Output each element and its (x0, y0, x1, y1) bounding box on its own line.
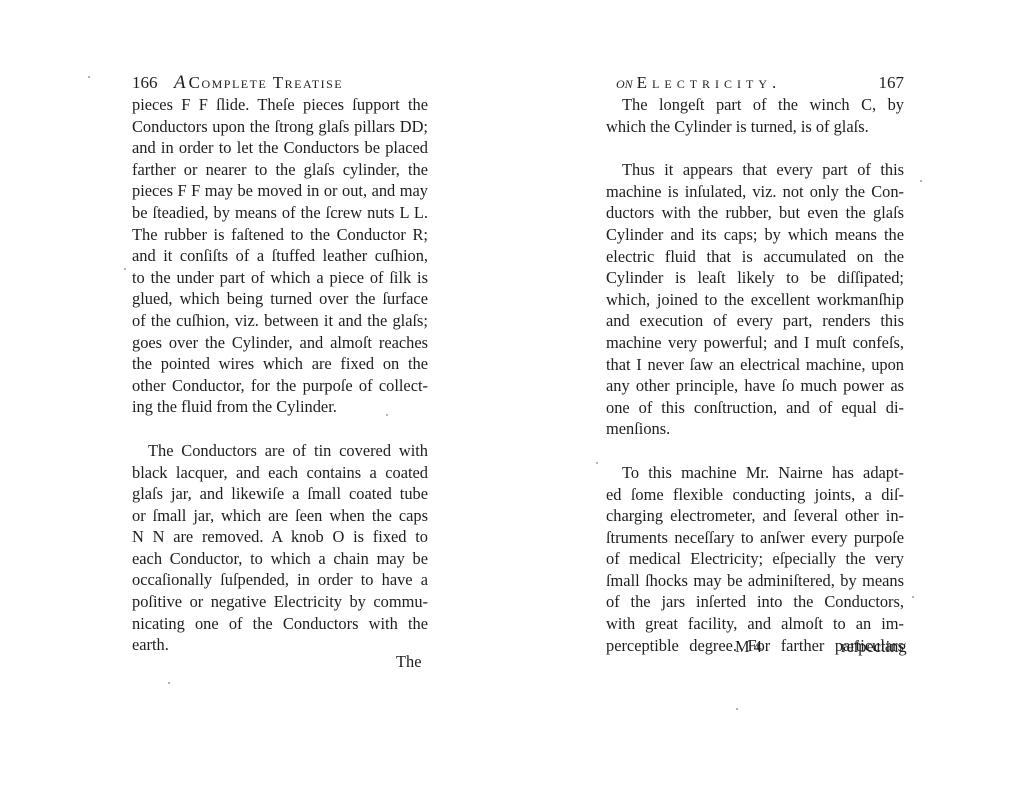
text-line: pieces F F ſlide. Theſe pieces ſupport t… (132, 94, 428, 116)
text-line: be ſteadied, by means of the ſcrew nuts … (132, 202, 428, 224)
text-line: which the Cylinder is turned, is of glaſ… (606, 116, 904, 138)
running-title-prefix: A (174, 72, 187, 93)
text-line: any other principle, have ſo much power … (606, 375, 904, 397)
page-number: 166 (132, 72, 158, 94)
text-line: the pointed wires which are fixed on the (132, 353, 428, 375)
text-line: poſitive or negative Electricity by comm… (132, 591, 428, 613)
text-line: to the under part of which a piece of ſi… (132, 267, 428, 289)
text-line: ductors with the rubber, but even the gl… (606, 202, 904, 224)
text-line: and in order to let the Conductors be pl… (132, 137, 428, 159)
paragraph: Thus it appears that every part of this … (606, 159, 904, 440)
text-line: and execution of every part, renders thi… (606, 310, 904, 332)
text-line: pieces F F may be moved in or out, and m… (132, 180, 428, 202)
book-spread: 166 AComplete Treatise pieces F F ſlide.… (0, 0, 1024, 791)
text-line: ed ſome flexible conducting joints, a di… (606, 484, 904, 506)
text-line: one of this conſtruction, and of equal d… (606, 397, 904, 419)
text-line: occaſionally ſuſpended, in order to have… (132, 569, 428, 591)
scan-speck (168, 682, 170, 684)
text-line: which, joined to the excellent workmanſh… (606, 289, 904, 311)
text-line: earth. (132, 634, 428, 656)
left-page: 166 AComplete Treatise pieces F F ſlide.… (132, 72, 428, 656)
text-line: nicating one of the Conductors with the (132, 613, 428, 635)
text-line: menſions. (606, 418, 904, 440)
scan-speck (596, 462, 598, 464)
right-page: onElectricity. 167 The longeſt part of t… (606, 72, 904, 656)
text-line: ſmall ſhocks may be adminiſtered, by mea… (606, 570, 904, 592)
text-line: of the cuſhion, viz. between it and the … (132, 310, 428, 332)
text-line: The Conductors are of tin covered with (132, 440, 428, 462)
paragraph: To this machine Mr. Nairne has adapt- ed… (606, 462, 904, 656)
text-line: glued, which being turned over the ſurfa… (132, 288, 428, 310)
paragraph: pieces F F ſlide. Theſe pieces ſupport t… (132, 94, 428, 418)
text-line: ſtruments neceſſary to anſwer every purp… (606, 527, 904, 549)
page-number: 167 (879, 72, 905, 94)
scan-speck (124, 268, 126, 270)
text-line: of the jars inſerted into the Conductors… (606, 591, 904, 613)
text-line: machine very powerful; and I muſt confeſ… (606, 332, 904, 354)
text-line: machine is inſulated, viz. not only the … (606, 181, 904, 203)
running-head-right: onElectricity. 167 (606, 72, 904, 94)
text-line: and it conſiſts of a ſtuffed leather cuſ… (132, 245, 428, 267)
signature-mark: M 4 (735, 637, 762, 657)
running-title-text: Complete Treatise (189, 73, 344, 92)
text-line: To this machine Mr. Nairne has adapt- (606, 462, 904, 484)
text-line: each Conductor, to which a chain may be (132, 548, 428, 570)
text-line: ing the fluid from the Cylinder. (132, 396, 428, 418)
scan-speck (88, 76, 90, 78)
text-line: that I never ſaw an electrical machine, … (606, 354, 904, 376)
text-line: The longeſt part of the winch C, by (606, 94, 904, 116)
paragraph: The Conductors are of tin covered with b… (132, 440, 428, 656)
catchword: reſpecting (841, 637, 907, 657)
text-line: farther or nearer to the glaſs cylinder,… (132, 159, 428, 181)
text-line: other Conductor, for the purpoſe of coll… (132, 375, 428, 397)
scan-speck (912, 596, 914, 598)
scan-speck (736, 708, 738, 710)
text-line: Cylinder and its caps; by which means th… (606, 224, 904, 246)
catchword: The (396, 652, 421, 672)
text-line: goes over the Cylinder, and almoſt reach… (132, 332, 428, 354)
text-line: Thus it appears that every part of this (606, 159, 904, 181)
running-title: onElectricity. (616, 72, 781, 94)
text-line: with great facility, and almoſt to an im… (606, 613, 904, 635)
text-line: glaſs jar, and likewiſe a ſmall coated t… (132, 483, 428, 505)
text-line: black lacquer, and each contains a coate… (132, 462, 428, 484)
text-line: Conductors upon the ſtrong glaſs pillars… (132, 116, 428, 138)
scan-speck (386, 414, 388, 416)
text-line: charging electrometer, and ſeveral other… (606, 505, 904, 527)
text-line: or ſmall jar, which are ſeen when the ca… (132, 505, 428, 527)
text-line: N N are removed. A knob O is fixed to (132, 526, 428, 548)
running-title-text: Electricity. (637, 73, 782, 92)
paragraph: The longeſt part of the winch C, by whic… (606, 94, 904, 137)
text-line: electric fluid that is accumulated on th… (606, 246, 904, 268)
running-title-prefix: on (616, 73, 633, 92)
text-line: Cylinder is leaſt likely to be diſſipate… (606, 267, 904, 289)
running-head-left: 166 AComplete Treatise (132, 72, 428, 94)
scan-speck (920, 180, 922, 182)
text-line: of medical Electricity; eſpecially the v… (606, 548, 904, 570)
text-line: The rubber is faſtened to the Conductor … (132, 224, 428, 246)
running-title: AComplete Treatise (174, 72, 343, 94)
